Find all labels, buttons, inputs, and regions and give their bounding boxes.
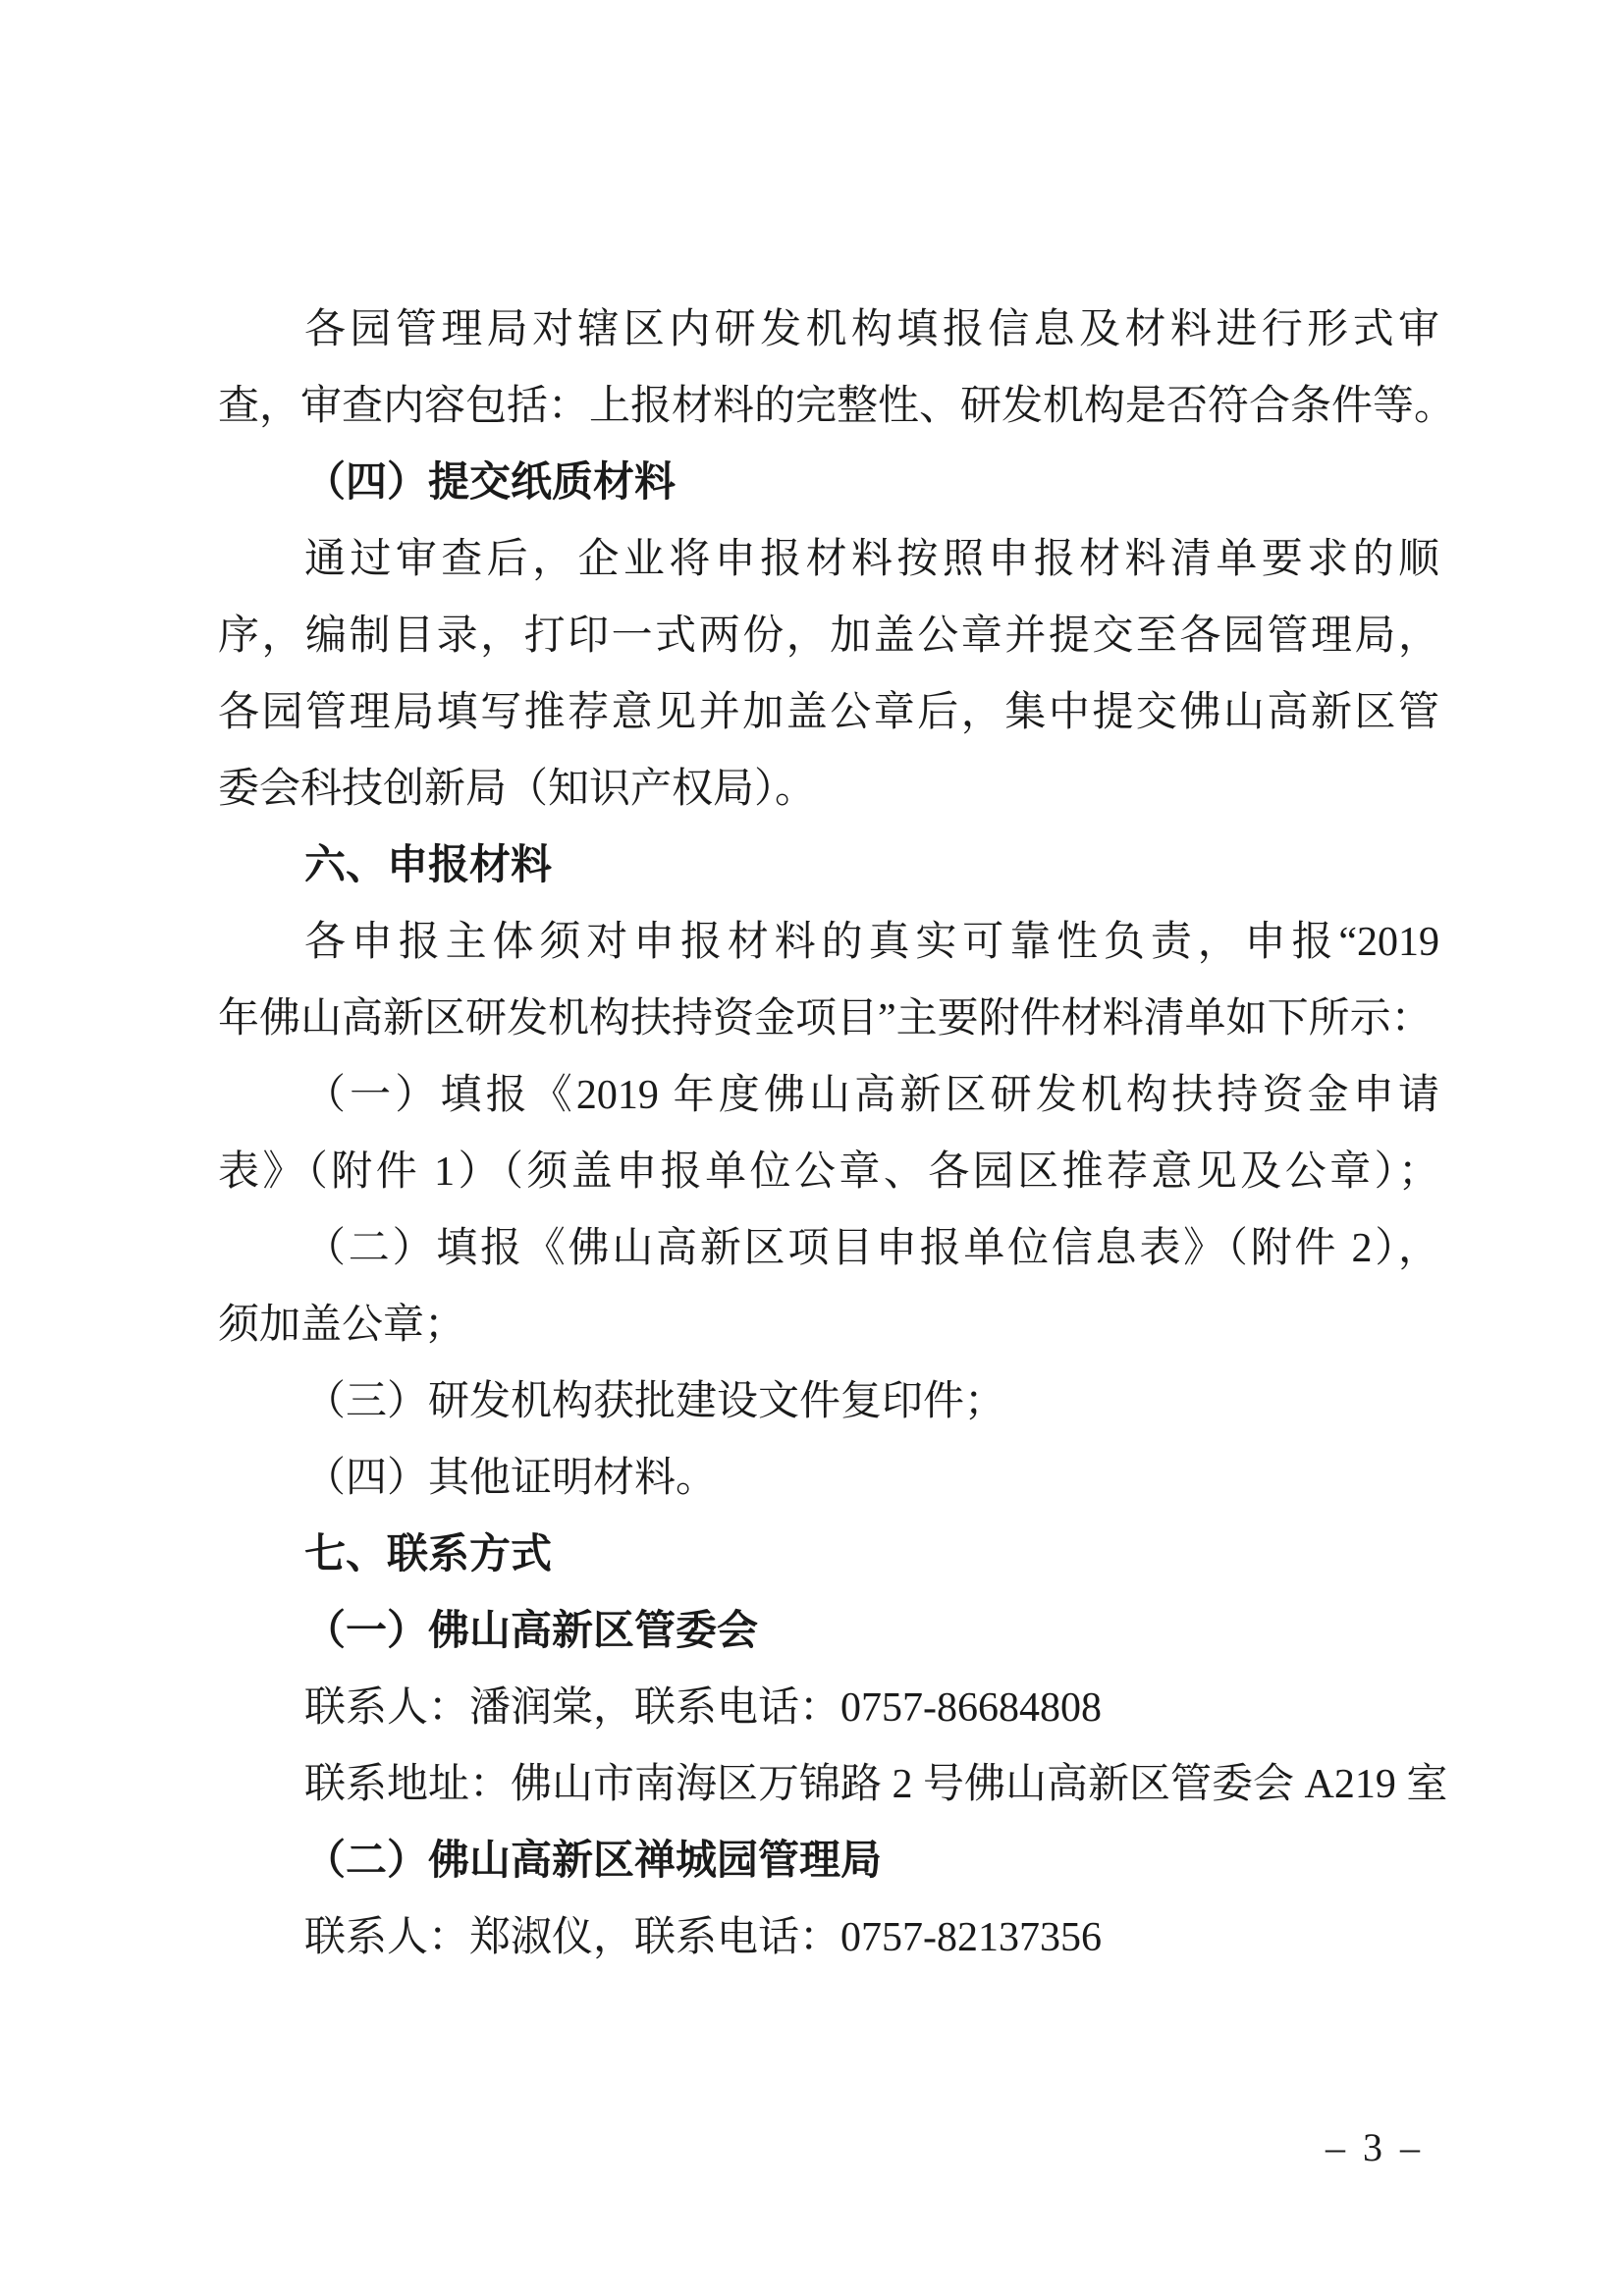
page-number: – 3 – [1326, 2120, 1424, 2175]
para-form-review-line-2: 查，审查内容包括：上报材料的完整性、研发机构是否符合条件等。 [218, 368, 1439, 445]
item-2-info-form-line-2: 须加盖公章； [218, 1287, 1439, 1363]
heading-section-7-contact: 七、联系方式 [218, 1517, 1439, 1593]
heading-submit-paper-materials: （四）提交纸质材料 [218, 445, 1439, 521]
heading-contact-2-chancheng-bureau: （二）佛山高新区禅城园管理局 [218, 1823, 1439, 1899]
para-submit-process-line-3: 各园管理局填写推荐意见并加盖公章后，集中提交佛山高新区管 [218, 674, 1439, 751]
item-1-application-form-line-1: （一）填报《2019 年度佛山高新区研发机构扶持资金申请 [218, 1057, 1439, 1134]
para-materials-intro-line-1: 各申报主体须对申报材料的真实可靠性负责，申报“2019 [218, 904, 1439, 981]
para-materials-intro-line-2: 年佛山高新区研发机构扶持资金项目”主要附件材料清单如下所示： [218, 981, 1439, 1057]
para-submit-process-line-2: 序，编制目录，打印一式两份，加盖公章并提交至各园管理局， [218, 598, 1439, 674]
para-submit-process-line-4: 委会科技创新局（知识产权局）。 [218, 751, 1439, 828]
contact-2-person-phone: 联系人：郑淑仪，联系电话：0757-82137356 [218, 1899, 1439, 1976]
para-form-review-line-1: 各园管理局对辖区内研发机构填报信息及材料进行形式审 [218, 292, 1439, 368]
document-page: 各园管理局对辖区内研发机构填报信息及材料进行形式审 查，审查内容包括：上报材料的… [0, 0, 1624, 2296]
item-3-approval-copy: （三）研发机构获批建设文件复印件； [218, 1363, 1439, 1440]
heading-contact-1-management-committee: （一）佛山高新区管委会 [218, 1593, 1439, 1670]
heading-section-6-application-materials: 六、申报材料 [218, 828, 1439, 904]
item-4-other-materials: （四）其他证明材料。 [218, 1440, 1439, 1517]
item-2-info-form-line-1: （二）填报《佛山高新区项目申报单位信息表》（附件 2）， [218, 1210, 1439, 1287]
item-1-application-form-line-2: 表》（附件 1）（须盖申报单位公章、各园区推荐意见及公章）； [218, 1134, 1439, 1210]
contact-1-person-phone: 联系人：潘润棠，联系电话：0757-86684808 [218, 1670, 1439, 1746]
para-submit-process-line-1: 通过审查后，企业将申报材料按照申报材料清单要求的顺 [218, 521, 1439, 598]
contact-1-address: 联系地址：佛山市南海区万锦路 2 号佛山高新区管委会 A219 室 [218, 1746, 1439, 1823]
document-body: 各园管理局对辖区内研发机构填报信息及材料进行形式审 查，审查内容包括：上报材料的… [218, 292, 1439, 1976]
